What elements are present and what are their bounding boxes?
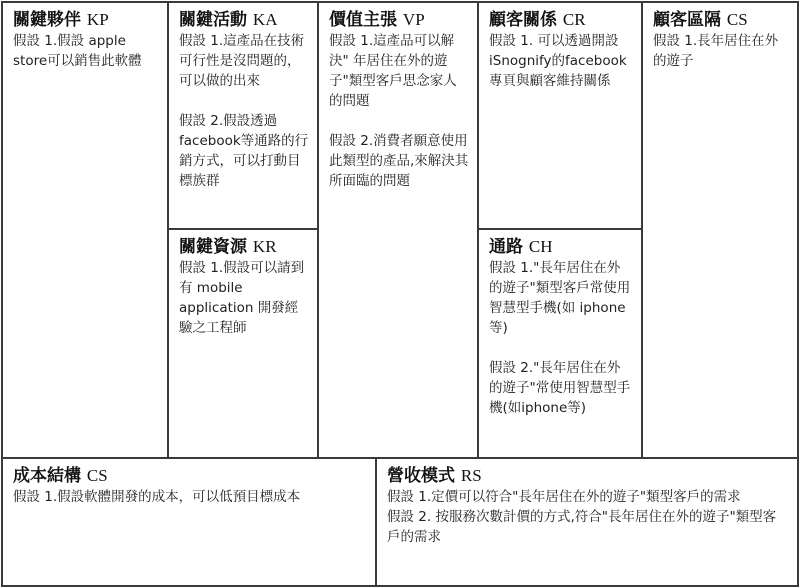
- hypothesis: 假設 1. 可以透過開設 iSnognify的facebook專頁與顧客維持關係: [489, 31, 633, 91]
- block-code: CS: [727, 10, 748, 29]
- hypothesis: 假設 1."長年居住在外的遊子"類型客戶常使用智慧型手機(如 iphone等): [489, 258, 633, 338]
- hypothesis: 假設 2. 按服務次數計價的方式,符合"長年居住在外的遊子"類型客戶的需求: [387, 507, 789, 547]
- customer-relationships-block: 顧客關係 CR 假設 1. 可以透過開設 iSnognify的facebook專…: [477, 1, 643, 230]
- key-resources-title: 關鍵資源 KR: [179, 236, 309, 258]
- block-title-text: 顧客關係: [489, 10, 557, 30]
- block-title-text: 關鍵資源: [179, 237, 247, 257]
- customer-segments-block: 顧客區隔 CS 假設 1.長年居住在外的遊子: [641, 1, 799, 459]
- hypothesis: 假設 2."長年居住在外的遊子"常使用智慧型手機(如iphone等): [489, 358, 633, 418]
- value-propositions-title: 價值主張 VP: [329, 9, 469, 31]
- hypothesis: 假設 1.長年居住在外的遊子: [653, 31, 789, 71]
- block-title-text: 營收模式: [387, 466, 455, 486]
- key-activities-block: 關鍵活動 KA 假設 1.這產品在技術可行性是沒問題的，可以做的出來 假設 2.…: [167, 1, 319, 230]
- key-resources-block: 關鍵資源 KR 假設 1.假設可以請到有 mobile application …: [167, 228, 319, 459]
- channels-block: 通路 CH 假設 1."長年居住在外的遊子"類型客戶常使用智慧型手機(如 iph…: [477, 228, 643, 459]
- key-partners-block: 關鍵夥伴 KP 假設 1.假設 apple store可以銷售此軟體: [1, 1, 169, 459]
- block-code: KP: [87, 10, 109, 29]
- channels-title: 通路 CH: [489, 236, 633, 258]
- block-code: CR: [563, 10, 586, 29]
- key-activities-body: 假設 1.這產品在技術可行性是沒問題的，可以做的出來 假設 2.假設透過face…: [179, 31, 309, 191]
- hypothesis: 假設 1.這產品在技術可行性是沒問題的，可以做的出來: [179, 31, 309, 91]
- block-title-text: 價值主張: [329, 10, 397, 30]
- key-partners-title: 關鍵夥伴 KP: [13, 9, 159, 31]
- hypothesis: 假設 1.定價可以符合"長年居住在外的遊子"類型客戶的需求: [387, 487, 789, 507]
- hypothesis: 假設 1.假設軟體開發的成本，可以低預目標成本: [13, 487, 367, 507]
- cost-structure-title: 成本結構 CS: [13, 465, 367, 487]
- hypothesis: 假設 2.消費者願意使用此類型的產品,來解決其所面臨的問題: [329, 131, 469, 191]
- block-title-text: 顧客區隔: [653, 10, 721, 30]
- value-propositions-body: 假設 1.這產品可以解決" 年居住在外的遊子"類型客戶思念家人的問題 假設 2.…: [329, 31, 469, 191]
- block-code: VP: [403, 10, 425, 29]
- revenue-streams-title: 營收模式 RS: [387, 465, 789, 487]
- customer-relationships-title: 顧客關係 CR: [489, 9, 633, 31]
- hypothesis: 假設 2.假設透過facebook等通路的行銷方式，可以打動目標族群: [179, 111, 309, 191]
- channels-body: 假設 1."長年居住在外的遊子"類型客戶常使用智慧型手機(如 iphone等) …: [489, 258, 633, 418]
- customer-relationships-body: 假設 1. 可以透過開設 iSnognify的facebook專頁與顧客維持關係: [489, 31, 633, 91]
- hypothesis: 假設 1.這產品可以解決" 年居住在外的遊子"類型客戶思念家人的問題: [329, 31, 469, 111]
- key-resources-body: 假設 1.假設可以請到有 mobile application 開發經驗之工程師: [179, 258, 309, 338]
- block-title-text: 關鍵夥伴: [13, 10, 81, 30]
- key-partners-body: 假設 1.假設 apple store可以銷售此軟體: [13, 31, 159, 71]
- hypothesis: 假設 1.假設 apple store可以銷售此軟體: [13, 31, 159, 71]
- hypothesis: 假設 1.假設可以請到有 mobile application 開發經驗之工程師: [179, 258, 309, 338]
- customer-segments-body: 假設 1.長年居住在外的遊子: [653, 31, 789, 71]
- cost-structure-body: 假設 1.假設軟體開發的成本，可以低預目標成本: [13, 487, 367, 507]
- revenue-streams-body: 假設 1.定價可以符合"長年居住在外的遊子"類型客戶的需求 假設 2. 按服務次…: [387, 487, 789, 547]
- key-activities-title: 關鍵活動 KA: [179, 9, 309, 31]
- block-title-text: 成本結構: [13, 466, 81, 486]
- block-title-text: 關鍵活動: [179, 10, 247, 30]
- block-title-text: 通路: [489, 237, 523, 257]
- block-code: RS: [461, 466, 482, 485]
- block-code: KR: [253, 237, 277, 256]
- cost-structure-block: 成本結構 CS 假設 1.假設軟體開發的成本，可以低預目標成本: [1, 457, 377, 587]
- block-code: KA: [253, 10, 278, 29]
- revenue-streams-block: 營收模式 RS 假設 1.定價可以符合"長年居住在外的遊子"類型客戶的需求 假設…: [375, 457, 799, 587]
- block-code: CS: [87, 466, 108, 485]
- block-code: CH: [529, 237, 553, 256]
- value-propositions-block: 價值主張 VP 假設 1.這產品可以解決" 年居住在外的遊子"類型客戶思念家人的…: [317, 1, 479, 459]
- customer-segments-title: 顧客區隔 CS: [653, 9, 789, 31]
